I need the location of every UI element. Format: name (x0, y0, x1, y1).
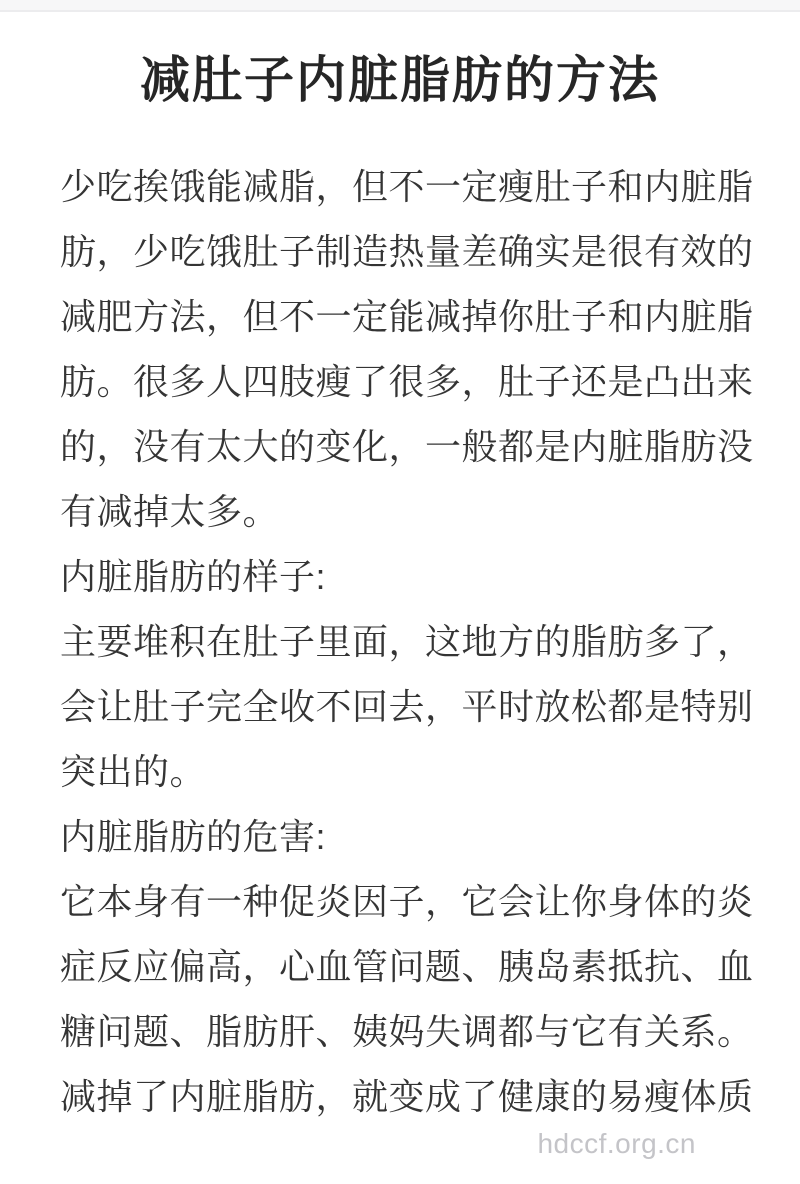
section-heading-harm: 内脏脂肪的危害: (60, 804, 750, 869)
article-page: 减肚子内脏脂肪的方法 少吃挨饿能减脂，但不一定瘦肚子和内脏脂 肪，少吃饿肚子制造… (0, 0, 800, 1184)
article-body: 少吃挨饿能减脂，但不一定瘦肚子和内脏脂 肪，少吃饿肚子制造热量差确实是很有效的 … (60, 154, 750, 1129)
body-line: 糖问题、脂肪肝、姨妈失调都与它有关系。 (60, 999, 750, 1064)
page-title: 减肚子内脏脂肪的方法 (0, 48, 800, 112)
body-line: 主要堆积在肚子里面，这地方的脂肪多了， (60, 609, 750, 674)
body-line: 的，没有太大的变化，一般都是内脏脂肪没 (60, 414, 750, 479)
body-line: 肪。很多人四肢瘦了很多，肚子还是凸出来 (60, 349, 750, 414)
body-line: 减肥方法，但不一定能减掉你肚子和内脏脂 (60, 284, 750, 349)
body-line: 肪，少吃饿肚子制造热量差确实是很有效的 (60, 219, 750, 284)
body-line: 它本身有一种促炎因子，它会让你身体的炎 (60, 869, 750, 934)
watermark: hdccf.org.cn (537, 1128, 696, 1160)
body-line: 有减掉太多。 (60, 479, 750, 544)
body-line: 少吃挨饿能减脂，但不一定瘦肚子和内脏脂 (60, 154, 750, 219)
body-line: 突出的。 (60, 739, 750, 804)
body-line: 会让肚子完全收不回去，平时放松都是特别 (60, 674, 750, 739)
top-strip (0, 0, 800, 12)
body-line: 减掉了内脏脂肪，就变成了健康的易瘦体质 (60, 1064, 750, 1129)
section-heading-appearance: 内脏脂肪的样子: (60, 544, 750, 609)
body-line: 症反应偏高，心血管问题、胰岛素抵抗、血 (60, 934, 750, 999)
